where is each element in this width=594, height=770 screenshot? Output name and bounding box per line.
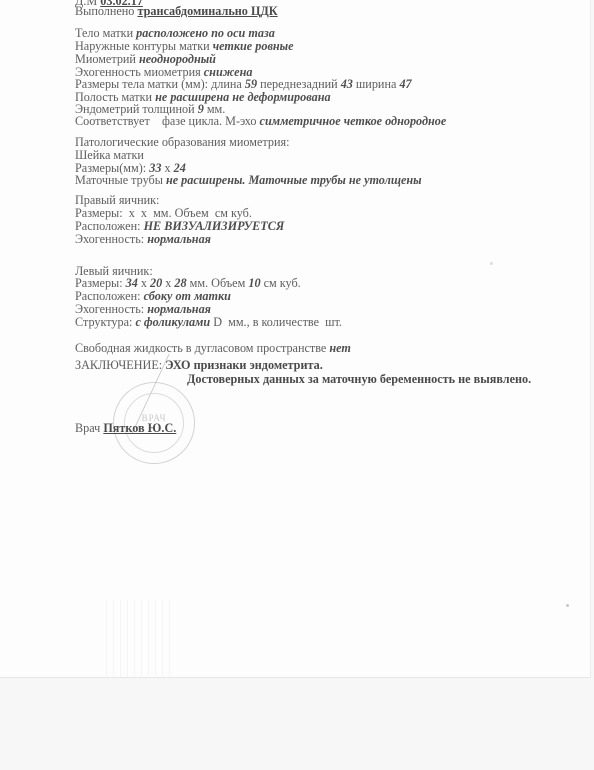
uterus-contours-line: Наружные контуры матки четкие ровные <box>75 39 294 53</box>
free-fluid-line: Свободная жидкость в дугласовом простран… <box>75 341 351 355</box>
conclusion-text-2: Достоверных данных за маточную беременно… <box>187 372 531 386</box>
scan-speck <box>490 262 493 265</box>
right-ovary-title: Правый яичник: <box>75 193 159 207</box>
pathology-line: Патологические образования миометрия: <box>75 135 289 149</box>
tubes-line: Маточные трубы не расширены. Маточные тр… <box>75 173 422 187</box>
performed-method: трансабдоминально ЦДК <box>137 4 277 18</box>
conclusion-label: ЗАКЛЮЧЕНИЕ: <box>75 358 162 372</box>
scanned-page: Д.М 03.02.17 Выполнено трансабдоминально… <box>0 0 591 678</box>
cervix-title: Шейка матки <box>75 148 144 162</box>
right-ovary-size-line: Размеры: х х мм. Объем см куб. <box>75 206 252 220</box>
left-ovary-echo-line: Эхогенность: нормальная <box>75 302 211 316</box>
left-ovary-structure-line: Структура: с фоликулами D мм., в количес… <box>75 315 342 329</box>
conclusion-line-2: Достоверных данных за маточную беременно… <box>187 372 531 386</box>
left-ovary-size-line: Размеры: 34 х 20 х 28 мм. Объем 10 см ку… <box>75 276 301 290</box>
left-ovary-location-line: Расположен: сбоку от матки <box>75 289 231 303</box>
scan-artifact <box>100 600 175 677</box>
m-echo-line: Соответствует фазе цикла. М-эхо симметри… <box>75 114 446 128</box>
right-ovary-location-line: Расположен: НЕ ВИЗУАЛИЗИРУЕТСЯ <box>75 219 284 233</box>
myometrium-line: Миометрий неоднородный <box>75 52 216 66</box>
scan-speck <box>566 604 569 607</box>
doctor-name: Пятков Ю.С. <box>103 421 176 435</box>
right-ovary-echo-line: Эхогенность: нормальная <box>75 232 211 246</box>
uterus-size-line: Размеры тела матки (мм): длина 59 передн… <box>75 77 412 91</box>
performed-line: Выполнено трансабдоминально ЦДК <box>75 4 278 18</box>
doctor-line: Врач Пятков Ю.С. <box>75 421 176 435</box>
uterus-body-line: Тело матки расположено по оси таза <box>75 26 275 40</box>
